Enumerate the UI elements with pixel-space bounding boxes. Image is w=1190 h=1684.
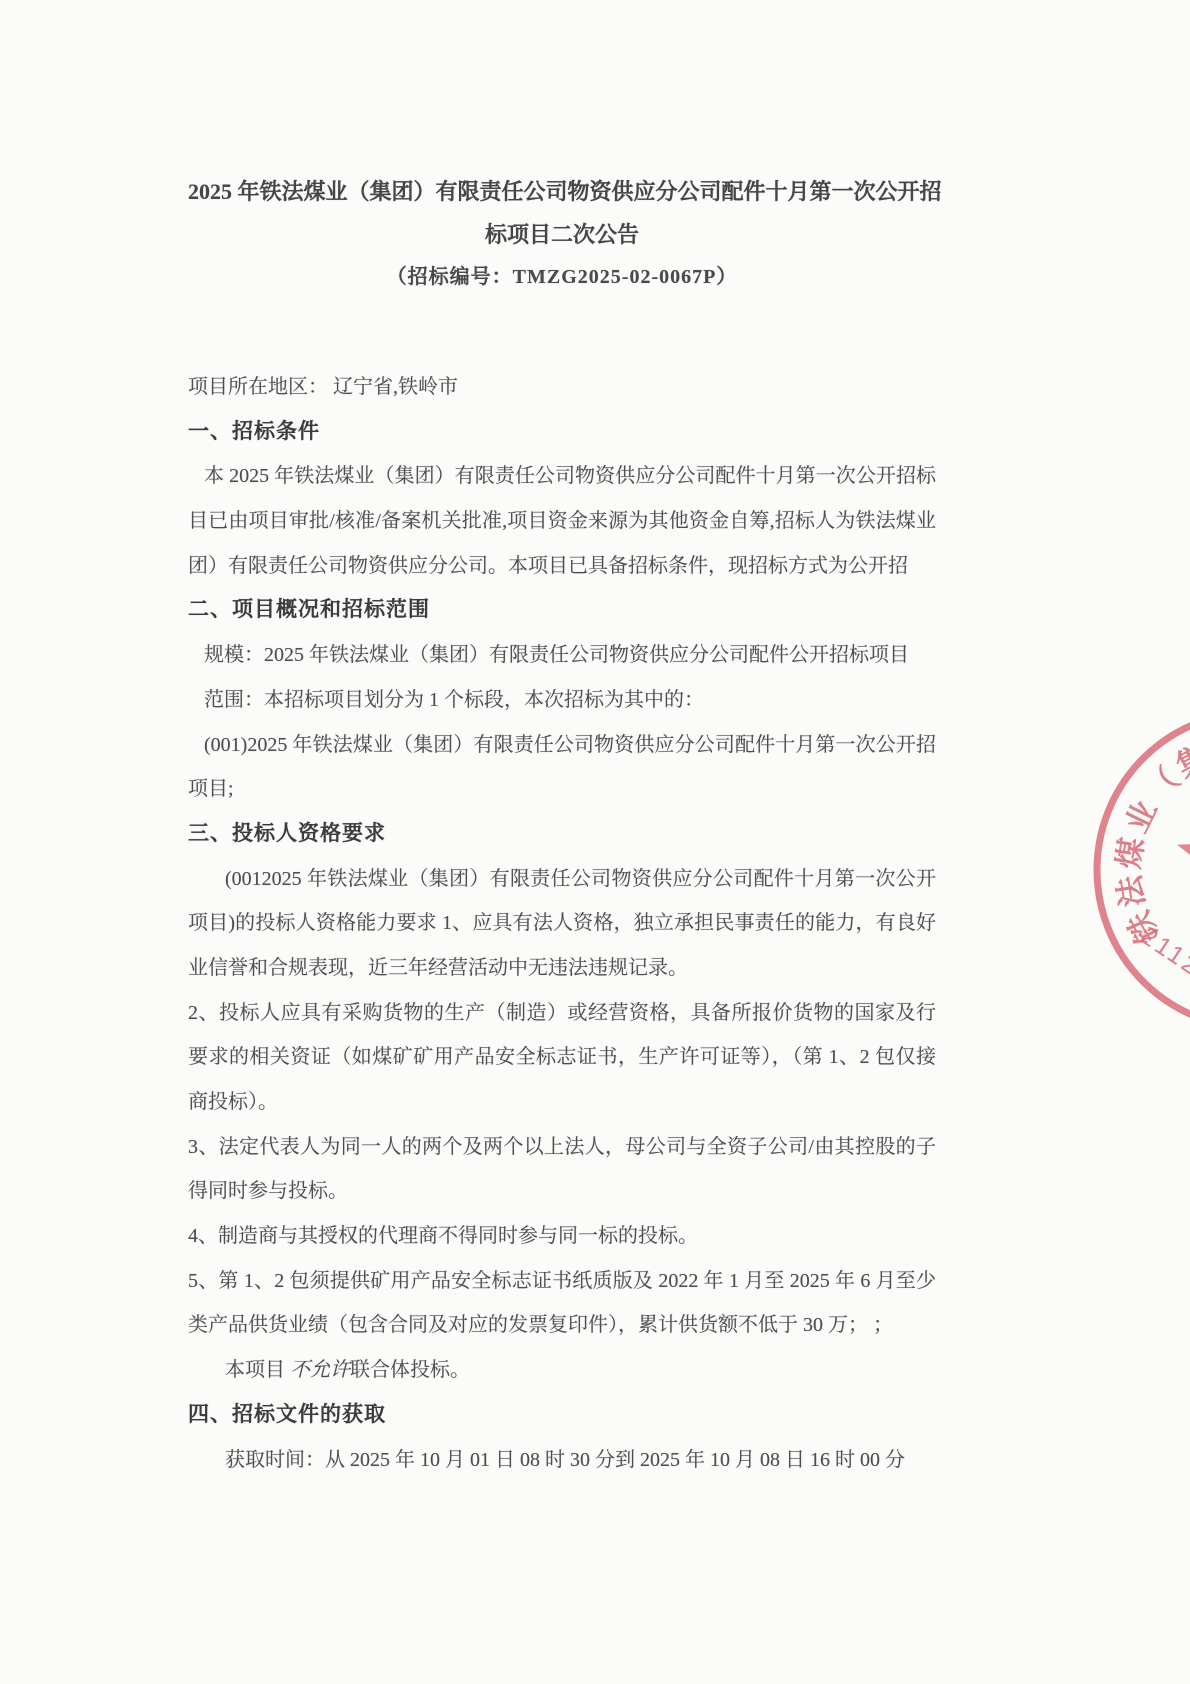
text-line: 本 2025 年铁法煤业（集团）有限责任公司物资供应分公司配件十月第一次公开招标… — [188, 454, 936, 499]
seal-company-text: 铁法煤业（集团）有限责任公司 — [1111, 726, 1190, 950]
scanned-document-page: 2025 年铁法煤业（集团）有限责任公司物资供应分公司配件十月第一次公开招 标项… — [0, 0, 1190, 1684]
no-joint-venture-line: 本项目 不允许联合体投标。 — [188, 1348, 936, 1393]
official-seal-stamp: 铁法煤业（集团）有限责任公司 2112 — [1055, 670, 1190, 1070]
text-line: 类产品供货业绩（包含合同及对应的发票复印件），累计供货额不低于 30 万； ； — [188, 1303, 936, 1348]
text-line: 目已由项目审批/核准/备案机关批准,项目资金来源为其他资金自筹,招标人为铁法煤业… — [188, 499, 936, 544]
no-jv-suffix: 联合体投标。 — [350, 1359, 470, 1381]
section4-heading: 四、招标文件的获取 — [188, 1393, 936, 1438]
text-line: 获取时间：从 2025 年 10 月 01 日 08 时 30 分到 2025 … — [188, 1438, 936, 1483]
text-line: 项目; — [188, 767, 936, 812]
document-content: 2025 年铁法煤业（集团）有限责任公司物资供应分公司配件十月第一次公开招 标项… — [188, 170, 936, 1482]
tender-number: （招标编号：TMZG2025-02-0067P） — [188, 256, 936, 299]
text-line: 5、第 1、2 包须提供矿用产品安全标志证书纸质版及 2022 年 1 月至 2… — [188, 1259, 936, 1304]
project-location-line: 项目所在地区： 辽宁省,铁岭市 — [188, 365, 936, 410]
text-line: 项目)的投标人资格能力要求 1、应具有法人资格，独立承担民事责任的能力，有良好的… — [188, 901, 936, 946]
text-line: 要求的相关资证（如煤矿矿用产品安全标志证书，生产许可证等），（第 1、2 包仅接… — [188, 1035, 936, 1080]
text-line: 范围：本招标项目划分为 1 个标段，本次招标为其中的： — [188, 678, 936, 723]
no-jv-prefix: 本项目 — [225, 1359, 290, 1381]
text-line: 规模：2025 年铁法煤业（集团）有限责任公司物资供应分公司配件公开招标项目 — [188, 633, 936, 678]
section3-heading: 三、投标人资格要求 — [188, 812, 936, 857]
text-line: (0012025 年铁法煤业（集团）有限责任公司物资供应分公司配件十月第一次公开… — [188, 857, 936, 902]
text-line: 4、制造商与其授权的代理商不得同时参与同一标的投标。 — [188, 1214, 936, 1259]
no-jv-emphasis: 不允许 — [290, 1359, 350, 1381]
text-line: 商投标）。 — [188, 1080, 936, 1125]
text-line: 2、投标人应具有采购货物的生产（制造）或经营资格，具备所报价货物的国家及行业强制 — [188, 991, 936, 1036]
document-title-line2: 标项目二次公告 — [188, 213, 936, 256]
section2-heading: 二、项目概况和招标范围 — [188, 588, 936, 633]
text-line: 团）有限责任公司物资供应分公司。本项目已具备招标条件，现招标方式为公开招标。 — [188, 544, 936, 589]
text-line: 业信誉和合规表现，近三年经营活动中无违法违规记录。 — [188, 946, 936, 991]
document-title-line1: 2025 年铁法煤业（集团）有限责任公司物资供应分公司配件十月第一次公开招 — [188, 170, 936, 213]
text-line: (001)2025 年铁法煤业（集团）有限责任公司物资供应分公司配件十月第一次公… — [188, 723, 936, 768]
seal-star-icon — [1177, 788, 1190, 936]
text-line: 3、法定代表人为同一人的两个及两个以上法人，母公司与全资子公司/由其控股的子公司… — [188, 1125, 936, 1170]
text-line: 得同时参与投标。 — [188, 1169, 936, 1214]
title-body-gap — [188, 299, 936, 365]
section1-heading: 一、招标条件 — [188, 410, 936, 455]
